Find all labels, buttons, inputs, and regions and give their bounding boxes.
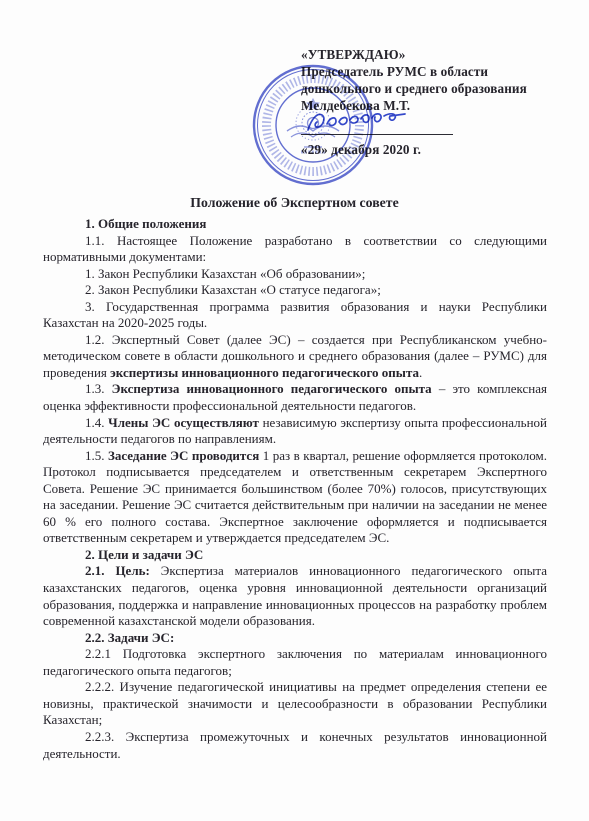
section-heading: 2.2. Задачи ЭС: — [43, 630, 547, 647]
paragraph: 1.4. Члены ЭС осуществляют независимую э… — [43, 415, 547, 448]
approval-line-approve: «УТВЕРЖДАЮ» — [301, 46, 571, 63]
stamp-text-ring — [267, 79, 360, 172]
paragraph: 1.2. Экспертный Совет (далее ЭС) – созда… — [43, 332, 547, 382]
paragraph: 1.3. Экспертиза инновационного педагогич… — [43, 381, 547, 414]
paragraph: 1. Закон Республики Казахстан «Об образо… — [43, 266, 547, 283]
document-title: Положение об Экспертном совете — [0, 195, 589, 211]
document-body: 1. Общие положения1.1. Настоящее Положен… — [43, 216, 547, 762]
paragraph: 2.2.3. Экспертиза промежуточных и конечн… — [43, 729, 547, 762]
paragraph: 2.1. Цель: Экспертиза материалов инновац… — [43, 563, 547, 629]
stamp-emblem — [287, 99, 339, 152]
official-stamp — [249, 63, 377, 188]
document-page: «УТВЕРЖДАЮ» Председатель РУМС в области … — [0, 0, 589, 821]
paragraph: 2.2.2. Изучение педагогической инициатив… — [43, 679, 547, 729]
section-heading: 2. Цели и задачи ЭС — [43, 547, 547, 564]
paragraph: 2. Закон Республики Казахстан «О статусе… — [43, 282, 547, 299]
section-heading: 1. Общие положения — [43, 216, 547, 233]
paragraph: 2.2.1 Подготовка экспертного заключения … — [43, 646, 547, 679]
paragraph: 1.1. Настоящее Положение разработано в с… — [43, 233, 547, 266]
paragraph: 1.5. Заседание ЭС проводится 1 раз в ква… — [43, 448, 547, 547]
paragraph: 3. Государственная программа развития об… — [43, 299, 547, 332]
